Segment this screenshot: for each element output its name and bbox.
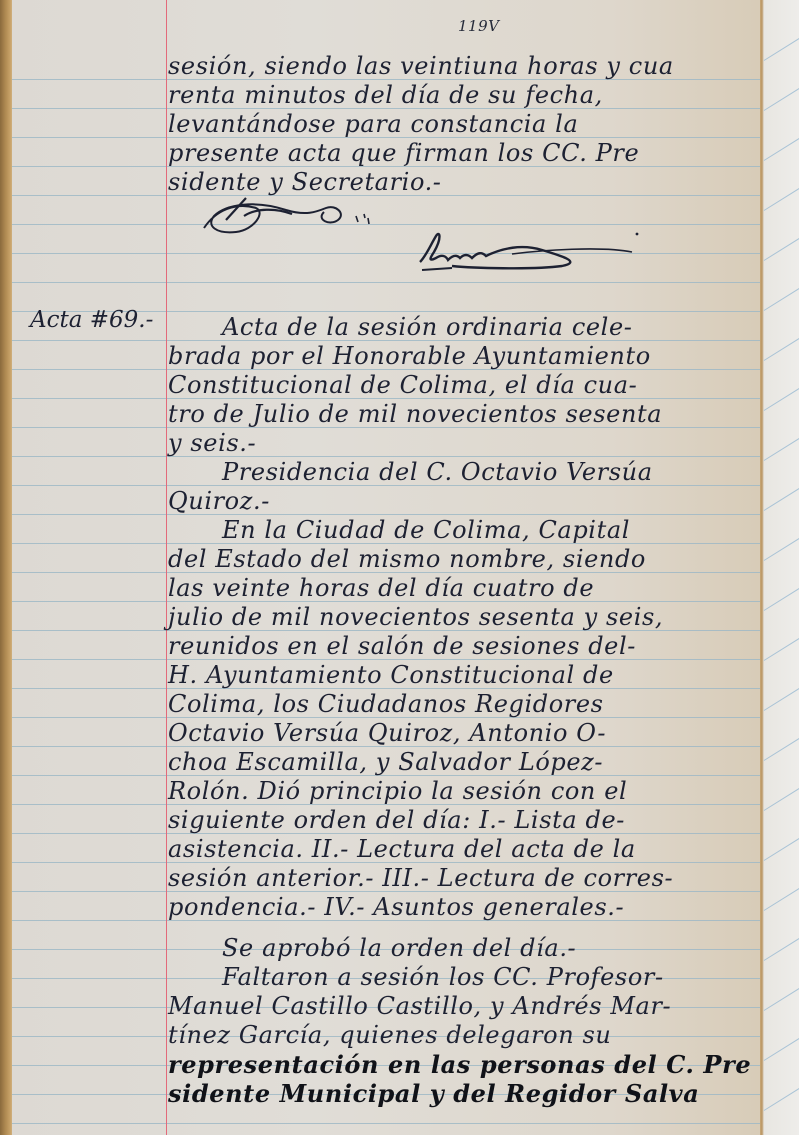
text-line: sesión anterior.- III.- Lectura de corre… [168,864,768,893]
text-line: Constitucional de Colima, el día cua- [168,371,768,400]
text-line: sidente Municipal y del Regidor Salva [168,1079,768,1108]
text-line: Manuel Castillo Castillo, y Andrés Mar- [168,992,768,1021]
text-line: pondencia.- IV.- Asuntos generales.- [168,893,768,922]
acta-number-margin-note: Acta #69.- [30,307,153,333]
text-line: del Estado del mismo nombre, siendo [168,545,768,574]
text-line: Se aprobó la orden del día.- [222,934,799,963]
text-line: Acta de la sesión ordinaria cele- [222,313,799,342]
text-line: asistencia. II.- Lectura del acta de la [168,835,768,864]
text-line: H. Ayuntamiento Constitucional de [168,661,768,690]
secretary-signature [412,226,662,276]
text-line: tínez García, quienes delegaron su [168,1021,768,1050]
text-line: sesión, siendo las veintiuna horas y cua [168,52,768,81]
text-line: Octavio Versúa Quiroz, Antonio O- [168,719,768,748]
text-line: Colima, los Ciudadanos Regidores [168,690,768,719]
text-line: representación en las personas del C. Pr… [168,1050,768,1079]
text-line: reunidos en el salón de sesiones del- [168,632,768,661]
president-signature [196,190,396,240]
text-line: Quiroz.- [168,487,768,516]
text-line: y seis.- [168,429,768,458]
text-line: siguiente orden del día: I.- Lista de- [168,806,768,835]
red-margin-line [166,0,167,1135]
text-line: julio de mil novecientos sesenta y seis, [168,603,768,632]
text-line: levantándose para constancia la [168,110,768,139]
text-line: Faltaron a sesión los CC. Profesor- [222,963,799,992]
text-line: las veinte horas del día cuatro de [168,574,768,603]
text-line: presente acta que firman los CC. Pre [168,139,768,168]
text-line: Rolón. Dió principio la sesión con el [168,777,768,806]
page-number: 119V [458,17,499,35]
text-line: Presidencia del C. Octavio Versúa [222,458,799,487]
text-line: choa Escamilla, y Salvador López- [168,748,768,777]
text-line: En la Ciudad de Colima, Capital [222,516,799,545]
document-scan: 119V sesión, siendo las veintiuna horas … [0,0,799,1135]
text-line: renta minutos del día de su fecha, [168,81,768,110]
text-line: brada por el Honorable Ayuntamiento [168,342,768,371]
text-line: tro de Julio de mil novecientos sesenta [168,400,768,429]
